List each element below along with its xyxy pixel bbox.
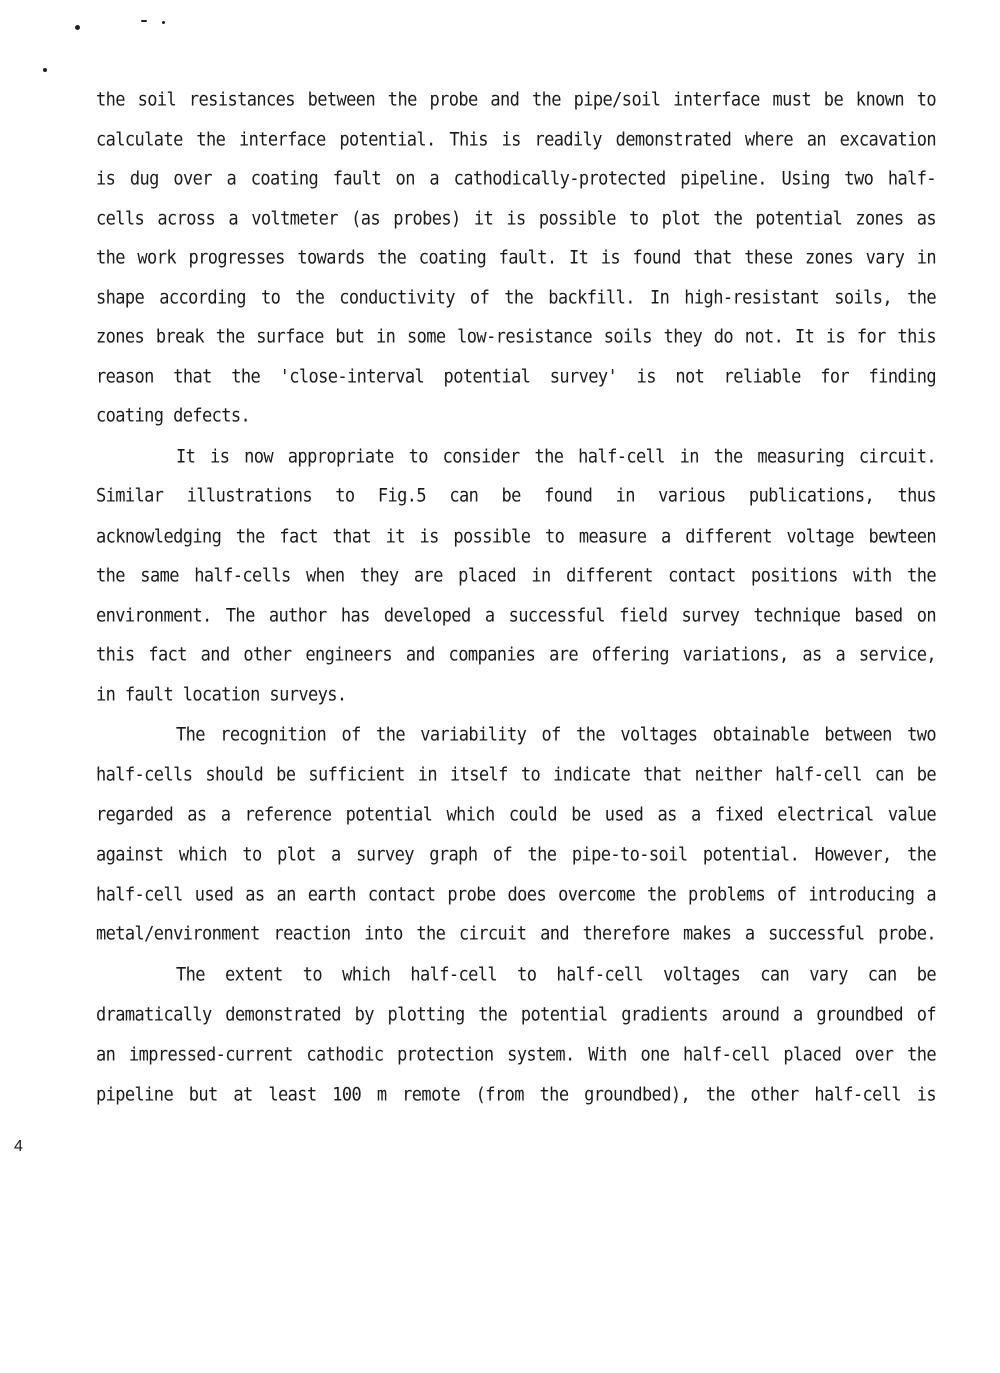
scan-speck bbox=[141, 20, 147, 22]
text-line: half-cell used as an earth contact probe… bbox=[96, 882, 936, 908]
text-line: the work progresses towards the coating … bbox=[96, 245, 936, 271]
text-line: environment. The author has developed a … bbox=[96, 603, 936, 629]
scan-speck bbox=[75, 25, 80, 30]
scan-speck bbox=[43, 68, 47, 72]
text-line: an impressed-current cathodic protection… bbox=[96, 1042, 936, 1068]
scan-speck bbox=[162, 21, 165, 24]
text-line: dramatically demonstrated by plotting th… bbox=[96, 1002, 936, 1028]
text-line: Similar illustrations to Fig.5 can be fo… bbox=[96, 483, 936, 509]
text-line: half-cells should be sufficient in itsel… bbox=[96, 762, 936, 788]
text-line: It is now appropriate to consider the ha… bbox=[176, 444, 936, 470]
text-line: zones break the surface but in some low-… bbox=[96, 324, 936, 350]
text-line: is dug over a coating fault on a cathodi… bbox=[96, 166, 936, 192]
text-line: shape according to the conductivity of t… bbox=[96, 285, 936, 311]
page-number: 4 bbox=[14, 1138, 23, 1156]
text-line: the soil resistances between the probe a… bbox=[96, 87, 936, 113]
document-page: the soil resistances between the probe a… bbox=[0, 0, 1000, 1373]
text-line: the same half-cells when they are placed… bbox=[96, 563, 936, 589]
text-line: in fault location surveys. bbox=[96, 682, 347, 708]
text-line: calculate the interface potential. This … bbox=[96, 127, 936, 153]
text-line: metal/environment reaction into the circ… bbox=[96, 921, 936, 947]
text-line: against which to plot a survey graph of … bbox=[96, 842, 936, 868]
text-line: pipeline but at least 100 m remote (from… bbox=[96, 1082, 936, 1108]
text-line: acknowledging the fact that it is possib… bbox=[96, 524, 936, 550]
text-line: reason that the 'close-interval potentia… bbox=[96, 364, 936, 390]
text-line: regarded as a reference potential which … bbox=[96, 802, 936, 828]
text-line: this fact and other engineers and compan… bbox=[96, 642, 936, 668]
text-line: cells across a voltmeter (as probes) it … bbox=[96, 206, 936, 232]
text-line: The extent to which half-cell to half-ce… bbox=[176, 962, 936, 988]
text-line: The recognition of the variability of th… bbox=[176, 722, 936, 748]
text-line: coating defects. bbox=[96, 403, 250, 429]
